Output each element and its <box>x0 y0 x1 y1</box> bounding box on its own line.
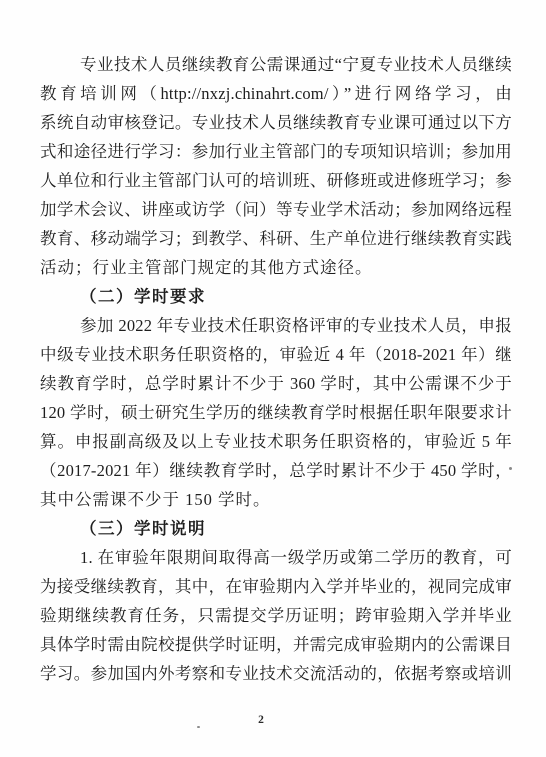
text-line: 验期继续教育任务，只需提交学历证明；跨审验期入学并毕业的， <box>40 601 512 630</box>
document-page: 专业技术人员继续教育公需课通过“宁夏专业技术人员继续 教育培训网（http://… <box>0 0 546 757</box>
text-line: 教育、移动端学习；到教学、科研、生产单位进行继续教育实践 <box>40 224 512 253</box>
text-line: 系统自动审核登记。专业技术人员继续教育专业课可通过以下方 <box>40 108 512 137</box>
section-heading: （三）学时说明 <box>40 514 512 543</box>
text-line: 人单位和行业主管部门认可的培训班、研修班或进修班学习；参 <box>40 166 512 195</box>
text-line: 教育培训网（http://nxzj.chinahrt.com/）”进行网络学习，… <box>40 79 512 108</box>
text-line: 中级专业技术职务任职资格的，审验近 4 年（2018-2021 年）继 <box>40 340 512 369</box>
scan-speck <box>197 726 200 728</box>
text-line: 其中公需课不少于 150 学时。 <box>40 485 512 514</box>
text-line: 活动；行业主管部门规定的其他方式途径。 <box>40 253 512 282</box>
page-number: 2 <box>0 714 522 726</box>
text-line: 续教育学时，总学时累计不少于 360 学时，其中公需课不少于 <box>40 369 512 398</box>
text-line: 参加 2022 年专业技术任职资格评审的专业技术人员，申报 <box>40 311 512 340</box>
body-text: 专业技术人员继续教育公需课通过“宁夏专业技术人员继续 教育培训网（http://… <box>40 50 512 688</box>
text-line: 算。申报副高级及以上专业技术职务任职资格的，审验近 5 年 <box>40 427 512 456</box>
section-heading: （二）学时要求 <box>40 282 512 311</box>
text-line: 加学术会议、讲座或访学（问）等专业学术活动；参加网络远程 <box>40 195 512 224</box>
text-line: 式和途径进行学习：参加行业主管部门的专项知识培训；参加用 <box>40 137 512 166</box>
text-line: 学习。参加国内外考察和专业技术交流活动的，依据考察或培训 <box>40 659 512 688</box>
text-line: 120 学时，硕士研究生学历的继续教育学时根据任职年限要求计 <box>40 398 512 427</box>
scan-speck <box>509 467 512 470</box>
text-line: （2017-2021 年）继续教育学时，总学时累计不少于 450 学时， <box>40 456 512 485</box>
text-line: 具体学时需由院校提供学时证明，并需完成审验期内的公需课目 <box>40 630 512 659</box>
text-line: 专业技术人员继续教育公需课通过“宁夏专业技术人员继续 <box>40 50 512 79</box>
text-line: 1. 在审验年限期间取得高一级学历或第二学历的教育，可视 <box>40 543 512 572</box>
text-line: 为接受继续教育，其中，在审验期内入学并毕业的，视同完成审 <box>40 572 512 601</box>
